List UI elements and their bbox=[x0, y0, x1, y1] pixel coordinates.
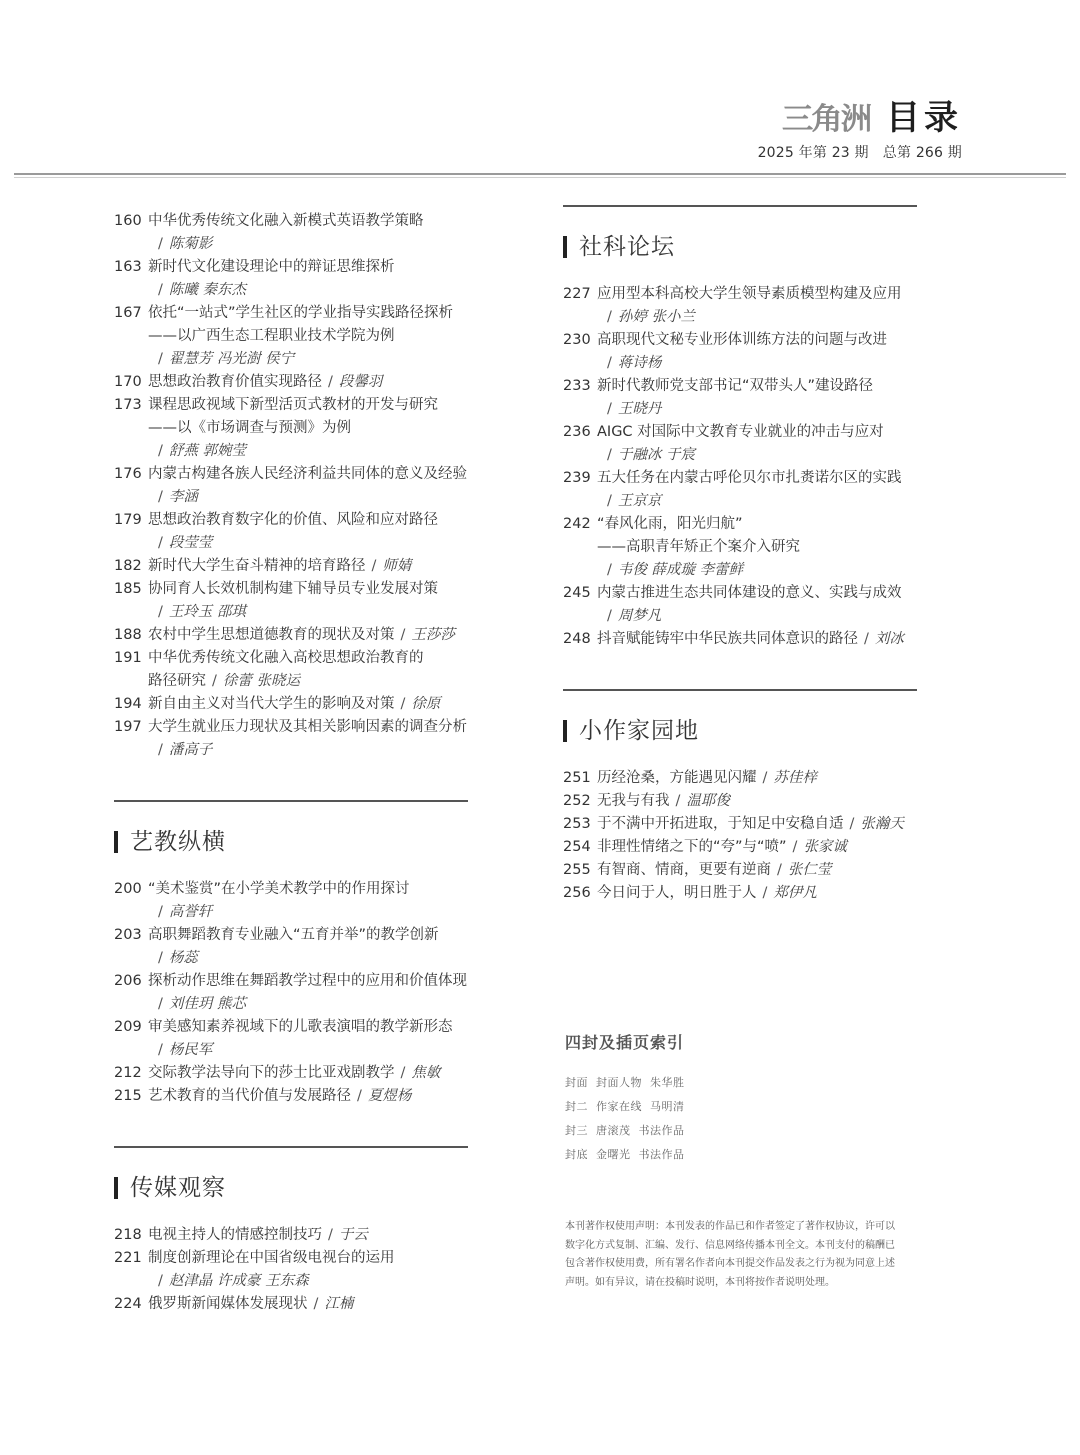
author-line: /蒋诗杨 bbox=[563, 352, 963, 375]
entry-title-line: 253于不满中开拓进取，于知足中安稳自适/张瀚天 bbox=[563, 813, 963, 836]
cover-name: 书法作品 bbox=[639, 1148, 685, 1161]
author-separator: / bbox=[328, 374, 333, 390]
article-authors: 王晓丹 bbox=[618, 401, 662, 417]
entry-title-line: 252无我与有我/温耶俊 bbox=[563, 790, 963, 813]
author-separator: / bbox=[158, 604, 163, 620]
entry-title-line: 200“美术鉴赏”在小学美术教学中的作用探讨 bbox=[114, 878, 514, 901]
author-line: /潘高子 bbox=[114, 739, 514, 762]
page-number: 215 bbox=[114, 1085, 148, 1108]
article-authors: 陈曦 秦东杰 bbox=[169, 282, 246, 298]
article-title: 俄罗斯新闻媒体发展现状 bbox=[148, 1296, 308, 1312]
article-title: 思想政治教育数字化的价值、风险和应对路径 bbox=[148, 512, 438, 528]
author-separator: / bbox=[158, 904, 163, 920]
section-divider bbox=[114, 800, 468, 802]
article-authors: 张瀚天 bbox=[860, 816, 904, 832]
article-title: 今日问于人，明日胜于人 bbox=[597, 885, 757, 901]
header-divider bbox=[14, 173, 1066, 175]
cover-description: 封面人物 bbox=[596, 1076, 642, 1089]
entry-subtitle-line: ——以广西生态工程职业技术学院为例 bbox=[114, 325, 514, 348]
page-number: 170 bbox=[114, 371, 148, 394]
article-authors: 李涵 bbox=[169, 489, 198, 505]
section-title: 社科论坛 bbox=[579, 233, 675, 261]
issue-number: 2025 年第 23 期 bbox=[758, 145, 869, 161]
toc-section: 艺教纵横200“美术鉴赏”在小学美术教学中的作用探讨/高誉轩203高职舞蹈教育专… bbox=[114, 800, 514, 1108]
article-authors: 王京京 bbox=[618, 493, 662, 509]
author-separator: / bbox=[607, 447, 612, 463]
author-separator: / bbox=[158, 1042, 163, 1058]
author-separator: / bbox=[777, 862, 782, 878]
article-authors: 高誉轩 bbox=[169, 904, 213, 920]
copyright-notice: 本刊著作权使用声明：本刊发表的作品已和作者签定了著作权协议，许可以数字化方式复制… bbox=[565, 1218, 895, 1292]
article-title: 中华优秀传统文化融入新模式英语教学策略 bbox=[148, 213, 424, 229]
page-number: 212 bbox=[114, 1062, 148, 1085]
section-divider bbox=[563, 689, 917, 691]
author-separator: / bbox=[607, 309, 612, 325]
author-line: /孙婷 张小兰 bbox=[563, 306, 963, 329]
page-number: 253 bbox=[563, 813, 597, 836]
article-authors: 韦俊 薛成璇 李蕾鲜 bbox=[618, 562, 743, 578]
toc-entry[interactable]: 227应用型本科高校大学生领导素质模型构建及应用/孙婷 张小兰 bbox=[563, 283, 963, 329]
article-authors: 徐原 bbox=[411, 696, 440, 712]
page-number: 248 bbox=[563, 628, 597, 651]
toc-entry[interactable]: 224俄罗斯新闻媒体发展现状/江楠 bbox=[114, 1293, 514, 1316]
entry-title-line: 160中华优秀传统文化融入新模式英语教学策略 bbox=[114, 210, 514, 233]
toc-entry[interactable]: 163新时代文化建设理论中的辩证思维探析/陈曦 秦东杰 bbox=[114, 256, 514, 302]
article-title: 中华优秀传统文化融入高校思想政治教育的 bbox=[148, 650, 424, 666]
article-title: 农村中学生思想道德教育的现状及对策 bbox=[148, 627, 395, 643]
article-authors: 刘佳玥 熊芯 bbox=[169, 996, 246, 1012]
entry-title-line: 239五大任务在内蒙古呼伦贝尔市扎赉诺尔区的实践 bbox=[563, 467, 963, 490]
entry-title-line: 233新时代教师党支部书记“双带头人”建设路径 bbox=[563, 375, 963, 398]
author-line: /高誉轩 bbox=[114, 901, 514, 924]
toc-entry[interactable]: 218电视主持人的情感控制技巧/于云 bbox=[114, 1224, 514, 1247]
entry-title-line: 218电视主持人的情感控制技巧/于云 bbox=[114, 1224, 514, 1247]
cover-position: 封三 bbox=[565, 1124, 588, 1137]
toc-entry[interactable]: 252无我与有我/温耶俊 bbox=[563, 790, 963, 813]
toc-entry[interactable]: 233新时代教师党支部书记“双带头人”建设路径/王晓丹 bbox=[563, 375, 963, 421]
author-line: /段莹莹 bbox=[114, 532, 514, 555]
entry-subtitle-line: 路径研究/徐蕾 张晓运 bbox=[114, 670, 514, 693]
toc-entry[interactable]: 194新自由主义对当代大学生的影响及对策/徐原 bbox=[114, 693, 514, 716]
author-line: /杨蕊 bbox=[114, 947, 514, 970]
cover-index-item: 封三唐滚茂书法作品 bbox=[565, 1119, 693, 1143]
article-authors: 翟慧芳 冯光澍 侯宁 bbox=[169, 351, 294, 367]
section-heading: 小作家园地 bbox=[563, 717, 963, 745]
toc-entry[interactable]: 215艺术教育的当代价值与发展路径/夏煜杨 bbox=[114, 1085, 514, 1108]
page-number: 188 bbox=[114, 624, 148, 647]
cover-description: 作家在线 bbox=[596, 1100, 642, 1113]
article-title: “春风化雨，阳光归航” bbox=[597, 516, 743, 532]
entry-title-line: 176内蒙古构建各族人民经济利益共同体的意义及经验 bbox=[114, 463, 514, 486]
entry-title-line: 163新时代文化建设理论中的辩证思维探析 bbox=[114, 256, 514, 279]
author-line: /于融冰 于宸 bbox=[563, 444, 963, 467]
entry-title-line: 170思想政治教育价值实现路径/段馨羽 bbox=[114, 371, 514, 394]
section-marker-icon bbox=[114, 831, 118, 853]
article-authors: 张家诚 bbox=[803, 839, 847, 855]
page-number: 167 bbox=[114, 302, 148, 325]
page-number: 176 bbox=[114, 463, 148, 486]
section-marker-icon bbox=[114, 1177, 118, 1199]
article-title: 依托“一站式”学生社区的学业指导实践路径探析 bbox=[148, 305, 453, 321]
article-title: 新时代大学生奋斗精神的培育路径 bbox=[148, 558, 366, 574]
page-number: 251 bbox=[563, 767, 597, 790]
page-number: 200 bbox=[114, 878, 148, 901]
entry-title-line: 242“春风化雨，阳光归航” bbox=[563, 513, 963, 536]
article-authors: 蒋诗杨 bbox=[618, 355, 662, 371]
author-separator: / bbox=[763, 885, 768, 901]
page-number: 230 bbox=[563, 329, 597, 352]
cover-position: 封面 bbox=[565, 1076, 588, 1089]
page-number: 197 bbox=[114, 716, 148, 739]
toc-entry[interactable]: 197大学生就业压力现状及其相关影响因素的调查分析/潘高子 bbox=[114, 716, 514, 762]
total-issue-number: 总第 266 期 bbox=[883, 145, 962, 161]
toc-entry[interactable]: 254非理性情绪之下的“夸”与“喷”/张家诚 bbox=[563, 836, 963, 859]
entry-title-line: 227应用型本科高校大学生领导素质模型构建及应用 bbox=[563, 283, 963, 306]
entry-title-line: 245内蒙古推进生态共同体建设的意义、实践与成效 bbox=[563, 582, 963, 605]
article-title: 思想政治教育价值实现路径 bbox=[148, 374, 322, 390]
article-title: 历经沧桑，方能遇见闪耀 bbox=[597, 770, 757, 786]
entry-title-line: 191中华优秀传统文化融入高校思想政治教育的 bbox=[114, 647, 514, 670]
toc-entry[interactable]: 230高职现代文秘专业形体训练方法的问题与改进/蒋诗杨 bbox=[563, 329, 963, 375]
page-number: 252 bbox=[563, 790, 597, 813]
toc-entry[interactable]: 188农村中学生思想道德教育的现状及对策/王莎莎 bbox=[114, 624, 514, 647]
cover-name: 朱华胜 bbox=[650, 1076, 685, 1089]
author-separator: / bbox=[372, 558, 377, 574]
author-line: /刘佳玥 熊芯 bbox=[114, 993, 514, 1016]
page-number: 194 bbox=[114, 693, 148, 716]
author-separator: / bbox=[401, 1065, 406, 1081]
author-separator: / bbox=[158, 236, 163, 252]
page-number: 221 bbox=[114, 1247, 148, 1270]
page-number: 185 bbox=[114, 578, 148, 601]
entry-title-line: 236AIGC 对国际中文教育专业就业的冲击与应对 bbox=[563, 421, 963, 444]
entry-title-line: 167依托“一站式”学生社区的学业指导实践路径探析 bbox=[114, 302, 514, 325]
toc-entry[interactable]: 203高职舞蹈教育专业融入“五育并举”的教学创新/杨蕊 bbox=[114, 924, 514, 970]
entry-subtitle-line: ——高职青年矫正个案介入研究 bbox=[563, 536, 963, 559]
author-separator: / bbox=[793, 839, 798, 855]
entry-title-line: 203高职舞蹈教育专业融入“五育并举”的教学创新 bbox=[114, 924, 514, 947]
page-number: 254 bbox=[563, 836, 597, 859]
article-title: ——以《市场调查与预测》为例 bbox=[148, 420, 351, 436]
entry-title-line: 173课程思政视域下新型活页式教材的开发与研究 bbox=[114, 394, 514, 417]
article-authors: 段莹莹 bbox=[169, 535, 213, 551]
toc-section: 社科论坛227应用型本科高校大学生领导素质模型构建及应用/孙婷 张小兰230高职… bbox=[563, 205, 963, 651]
entry-title-line: 209审美感知素养视域下的儿歌表演唱的教学新形态 bbox=[114, 1016, 514, 1039]
entry-title-line: 230高职现代文秘专业形体训练方法的问题与改进 bbox=[563, 329, 963, 352]
author-line: /王京京 bbox=[563, 490, 963, 513]
entry-title-line: 194新自由主义对当代大学生的影响及对策/徐原 bbox=[114, 693, 514, 716]
toc-entry[interactable]: 179思想政治教育数字化的价值、风险和应对路径/段莹莹 bbox=[114, 509, 514, 555]
article-title: 内蒙古构建各族人民经济利益共同体的意义及经验 bbox=[148, 466, 467, 482]
author-separator: / bbox=[314, 1296, 319, 1312]
article-authors: 于云 bbox=[339, 1227, 368, 1243]
author-separator: / bbox=[328, 1227, 333, 1243]
entry-title-line: 248抖音赋能铸牢中华民族共同体意识的路径/刘冰 bbox=[563, 628, 963, 651]
toc-entry[interactable]: 185协同育人长效机制构建下辅导员专业发展对策/王玲玉 邵琪 bbox=[114, 578, 514, 624]
article-authors: 苏佳梓 bbox=[773, 770, 817, 786]
article-authors: 王莎莎 bbox=[411, 627, 455, 643]
article-title: 新时代文化建设理论中的辩证思维探析 bbox=[148, 259, 395, 275]
entry-title-line: 182新时代大学生奋斗精神的培育路径/师婧 bbox=[114, 555, 514, 578]
entry-title-line: 255有智商、情商，更要有逆商/张仁莹 bbox=[563, 859, 963, 882]
article-title: 艺术教育的当代价值与发展路径 bbox=[148, 1088, 351, 1104]
article-title: 大学生就业压力现状及其相关影响因素的调查分析 bbox=[148, 719, 467, 735]
cover-name: 书法作品 bbox=[639, 1124, 685, 1137]
author-separator: / bbox=[607, 401, 612, 417]
article-authors: 夏煜杨 bbox=[368, 1088, 412, 1104]
article-authors: 温耶俊 bbox=[686, 793, 730, 809]
author-separator: / bbox=[158, 950, 163, 966]
toc-entry[interactable]: 173课程思政视域下新型活页式教材的开发与研究——以《市场调查与预测》为例/舒燕… bbox=[114, 394, 514, 463]
cover-index-item: 封面封面人物朱华胜 bbox=[565, 1071, 693, 1095]
author-separator: / bbox=[158, 351, 163, 367]
entry-title-line: 212交际教学法导向下的莎士比亚戏剧教学/焦敏 bbox=[114, 1062, 514, 1085]
author-line: /韦俊 薛成璇 李蕾鲜 bbox=[563, 559, 963, 582]
entry-title-line: 185协同育人长效机制构建下辅导员专业发展对策 bbox=[114, 578, 514, 601]
article-title: 非理性情绪之下的“夸”与“喷” bbox=[597, 839, 787, 855]
page-header: 三角洲 目录 2025 年第 23 期总第 266 期 bbox=[758, 96, 962, 162]
article-title: ——以广西生态工程职业技术学院为例 bbox=[148, 328, 395, 344]
cover-description: 唐滚茂 bbox=[596, 1124, 631, 1137]
cover-description: 金曙光 bbox=[596, 1148, 631, 1161]
section-title: 艺教纵横 bbox=[130, 828, 226, 856]
article-authors: 江楠 bbox=[324, 1296, 353, 1312]
article-title: 探析动作思维在舞蹈教学过程中的应用和价值体现 bbox=[148, 973, 467, 989]
article-authors: 郑伊凡 bbox=[773, 885, 817, 901]
page-title: 目录 bbox=[886, 96, 962, 140]
author-line: /王晓丹 bbox=[563, 398, 963, 421]
author-separator: / bbox=[850, 816, 855, 832]
article-title: 制度创新理论在中国省级电视台的运用 bbox=[148, 1250, 395, 1266]
page-number: 179 bbox=[114, 509, 148, 532]
section-divider bbox=[114, 1146, 468, 1148]
author-separator: / bbox=[676, 793, 681, 809]
toc-entry[interactable]: 176内蒙古构建各族人民经济利益共同体的意义及经验/李涵 bbox=[114, 463, 514, 509]
section-heading: 艺教纵横 bbox=[114, 828, 514, 856]
author-separator: / bbox=[212, 673, 217, 689]
page-number: 224 bbox=[114, 1293, 148, 1316]
author-separator: / bbox=[763, 770, 768, 786]
entry-title-line: 221制度创新理论在中国省级电视台的运用 bbox=[114, 1247, 514, 1270]
author-separator: / bbox=[607, 608, 612, 624]
article-title: 课程思政视域下新型活页式教材的开发与研究 bbox=[148, 397, 438, 413]
toc-entry[interactable]: 206探析动作思维在舞蹈教学过程中的应用和价值体现/刘佳玥 熊芯 bbox=[114, 970, 514, 1016]
article-authors: 焦敏 bbox=[411, 1065, 440, 1081]
article-title: 电视主持人的情感控制技巧 bbox=[148, 1227, 322, 1243]
toc-entry[interactable]: 256今日问于人，明日胜于人/郑伊凡 bbox=[563, 882, 963, 905]
page-number: 233 bbox=[563, 375, 597, 398]
page-number: 206 bbox=[114, 970, 148, 993]
article-title: 审美感知素养视域下的儿歌表演唱的教学新形态 bbox=[148, 1019, 453, 1035]
author-separator: / bbox=[158, 535, 163, 551]
author-line: /陈曦 秦东杰 bbox=[114, 279, 514, 302]
author-line: /翟慧芳 冯光澍 侯宁 bbox=[114, 348, 514, 371]
author-separator: / bbox=[158, 282, 163, 298]
article-authors: 周梦凡 bbox=[618, 608, 662, 624]
entry-title-line: 206探析动作思维在舞蹈教学过程中的应用和价值体现 bbox=[114, 970, 514, 993]
entry-title-line: 215艺术教育的当代价值与发展路径/夏煜杨 bbox=[114, 1085, 514, 1108]
article-title: “美术鉴赏”在小学美术教学中的作用探讨 bbox=[148, 881, 410, 897]
author-separator: / bbox=[158, 996, 163, 1012]
article-authors: 舒燕 郭婉莹 bbox=[169, 443, 246, 459]
article-title: AIGC 对国际中文教育专业就业的冲击与应对 bbox=[597, 424, 884, 440]
toc-entry[interactable]: 191中华优秀传统文化融入高校思想政治教育的路径研究/徐蕾 张晓运 bbox=[114, 647, 514, 693]
article-authors: 徐蕾 张晓运 bbox=[223, 673, 300, 689]
page-number: 218 bbox=[114, 1224, 148, 1247]
entry-title-line: 254非理性情绪之下的“夸”与“喷”/张家诚 bbox=[563, 836, 963, 859]
section-marker-icon bbox=[563, 720, 567, 742]
article-title: 应用型本科高校大学生领导素质模型构建及应用 bbox=[597, 286, 902, 302]
author-line: /舒燕 郭婉莹 bbox=[114, 440, 514, 463]
page-number: 245 bbox=[563, 582, 597, 605]
page-number: 255 bbox=[563, 859, 597, 882]
right-column: 社科论坛227应用型本科高校大学生领导素质模型构建及应用/孙婷 张小兰230高职… bbox=[563, 205, 963, 905]
article-authors: 杨民军 bbox=[169, 1042, 213, 1058]
article-authors: 刘冰 bbox=[875, 631, 904, 647]
author-separator: / bbox=[401, 696, 406, 712]
page-number: 227 bbox=[563, 283, 597, 306]
toc-entry[interactable]: 239五大任务在内蒙古呼伦贝尔市扎赉诺尔区的实践/王京京 bbox=[563, 467, 963, 513]
article-authors: 段馨羽 bbox=[339, 374, 383, 390]
article-authors: 潘高子 bbox=[169, 742, 213, 758]
cover-index-title: 四封及插页索引 bbox=[565, 1030, 693, 1053]
toc-entry[interactable]: 248抖音赋能铸牢中华民族共同体意识的路径/刘冰 bbox=[563, 628, 963, 651]
toc-entry[interactable]: 182新时代大学生奋斗精神的培育路径/师婧 bbox=[114, 555, 514, 578]
page-number: 236 bbox=[563, 421, 597, 444]
toc-entry[interactable]: 167依托“一站式”学生社区的学业指导实践路径探析——以广西生态工程职业技术学院… bbox=[114, 302, 514, 371]
author-separator: / bbox=[158, 443, 163, 459]
toc-entry[interactable]: 170思想政治教育价值实现路径/段馨羽 bbox=[114, 371, 514, 394]
article-title: 新自由主义对当代大学生的影响及对策 bbox=[148, 696, 395, 712]
article-authors: 师婧 bbox=[382, 558, 411, 574]
section-title: 传媒观察 bbox=[130, 1174, 226, 1202]
page-number: 239 bbox=[563, 467, 597, 490]
article-title: 无我与有我 bbox=[597, 793, 670, 809]
article-title: 于不满中开拓进取，于知足中安稳自适 bbox=[597, 816, 844, 832]
author-line: /杨民军 bbox=[114, 1039, 514, 1062]
toc-entry[interactable]: 200“美术鉴赏”在小学美术教学中的作用探讨/高誉轩 bbox=[114, 878, 514, 924]
author-separator: / bbox=[607, 493, 612, 509]
author-separator: / bbox=[607, 562, 612, 578]
toc-entry[interactable]: 221制度创新理论在中国省级电视台的运用/赵津晶 许成豪 王东森 bbox=[114, 1247, 514, 1293]
entry-subtitle-line: ——以《市场调查与预测》为例 bbox=[114, 417, 514, 440]
page-number: 160 bbox=[114, 210, 148, 233]
header-divider-secondary bbox=[14, 177, 1066, 178]
author-separator: / bbox=[864, 631, 869, 647]
section-divider bbox=[563, 205, 917, 207]
cover-position: 封二 bbox=[565, 1100, 588, 1113]
section-heading: 社科论坛 bbox=[563, 233, 963, 261]
article-authors: 于融冰 于宸 bbox=[618, 447, 695, 463]
issue-info: 2025 年第 23 期总第 266 期 bbox=[758, 142, 962, 162]
toc-entry[interactable]: 245内蒙古推进生态共同体建设的意义、实践与成效/周梦凡 bbox=[563, 582, 963, 628]
article-title: 有智商、情商，更要有逆商 bbox=[597, 862, 771, 878]
toc-entry[interactable]: 160中华优秀传统文化融入新模式英语教学策略/陈菊影 bbox=[114, 210, 514, 256]
article-title: 交际教学法导向下的莎士比亚戏剧教学 bbox=[148, 1065, 395, 1081]
article-title: 内蒙古推进生态共同体建设的意义、实践与成效 bbox=[597, 585, 902, 601]
author-line: /赵津晶 许成豪 王东森 bbox=[114, 1270, 514, 1293]
author-separator: / bbox=[158, 742, 163, 758]
toc-entry[interactable]: 251历经沧桑，方能遇见闪耀/苏佳梓 bbox=[563, 767, 963, 790]
entry-title-line: 188农村中学生思想道德教育的现状及对策/王莎莎 bbox=[114, 624, 514, 647]
author-line: /周梦凡 bbox=[563, 605, 963, 628]
author-separator: / bbox=[158, 489, 163, 505]
page-number: 163 bbox=[114, 256, 148, 279]
cover-name: 马明清 bbox=[650, 1100, 685, 1113]
author-separator: / bbox=[357, 1088, 362, 1104]
page-number: 182 bbox=[114, 555, 148, 578]
article-title: 高职舞蹈教育专业融入“五育并举”的教学创新 bbox=[148, 927, 439, 943]
cover-index-item: 封底金曙光书法作品 bbox=[565, 1143, 693, 1167]
article-title: 新时代教师党支部书记“双带头人”建设路径 bbox=[597, 378, 873, 394]
article-title: ——高职青年矫正个案介入研究 bbox=[597, 539, 800, 555]
article-title: 协同育人长效机制构建下辅导员专业发展对策 bbox=[148, 581, 438, 597]
entry-title-line: 197大学生就业压力现状及其相关影响因素的调查分析 bbox=[114, 716, 514, 739]
author-line: /陈菊影 bbox=[114, 233, 514, 256]
page-number: 173 bbox=[114, 394, 148, 417]
page-number: 242 bbox=[563, 513, 597, 536]
toc-entry[interactable]: 242“春风化雨，阳光归航”——高职青年矫正个案介入研究/韦俊 薛成璇 李蕾鲜 bbox=[563, 513, 963, 582]
magazine-logo: 三角洲 bbox=[782, 100, 870, 140]
author-separator: / bbox=[401, 627, 406, 643]
article-title: 五大任务在内蒙古呼伦贝尔市扎赉诺尔区的实践 bbox=[597, 470, 902, 486]
article-authors: 赵津晶 许成豪 王东森 bbox=[169, 1273, 309, 1289]
toc-entry[interactable]: 253于不满中开拓进取，于知足中安稳自适/张瀚天 bbox=[563, 813, 963, 836]
toc-entry[interactable]: 255有智商、情商，更要有逆商/张仁莹 bbox=[563, 859, 963, 882]
toc-entry[interactable]: 212交际教学法导向下的莎士比亚戏剧教学/焦敏 bbox=[114, 1062, 514, 1085]
cover-index: 四封及插页索引 封面封面人物朱华胜封二作家在线马明清封三唐滚茂书法作品封底金曙光… bbox=[565, 1030, 693, 1167]
article-authors: 杨蕊 bbox=[169, 950, 198, 966]
entry-title-line: 251历经沧桑，方能遇见闪耀/苏佳梓 bbox=[563, 767, 963, 790]
entry-title-line: 256今日问于人，明日胜于人/郑伊凡 bbox=[563, 882, 963, 905]
entry-title-line: 179思想政治教育数字化的价值、风险和应对路径 bbox=[114, 509, 514, 532]
section-title: 小作家园地 bbox=[579, 717, 699, 745]
author-separator: / bbox=[158, 1273, 163, 1289]
cover-position: 封底 bbox=[565, 1148, 588, 1161]
section-marker-icon bbox=[563, 236, 567, 258]
article-authors: 陈菊影 bbox=[169, 236, 213, 252]
article-title: 路径研究 bbox=[148, 673, 206, 689]
page-number: 203 bbox=[114, 924, 148, 947]
article-authors: 王玲玉 邵琪 bbox=[169, 604, 246, 620]
article-authors: 孙婷 张小兰 bbox=[618, 309, 695, 325]
cover-index-item: 封二作家在线马明清 bbox=[565, 1095, 693, 1119]
article-title: 抖音赋能铸牢中华民族共同体意识的路径 bbox=[597, 631, 858, 647]
page-number: 191 bbox=[114, 647, 148, 670]
toc-entry[interactable]: 236AIGC 对国际中文教育专业就业的冲击与应对/于融冰 于宸 bbox=[563, 421, 963, 467]
author-separator: / bbox=[607, 355, 612, 371]
toc-entry[interactable]: 209审美感知素养视域下的儿歌表演唱的教学新形态/杨民军 bbox=[114, 1016, 514, 1062]
toc-section: 传媒观察218电视主持人的情感控制技巧/于云221制度创新理论在中国省级电视台的… bbox=[114, 1146, 514, 1316]
article-authors: 张仁莹 bbox=[788, 862, 832, 878]
page-number: 209 bbox=[114, 1016, 148, 1039]
article-title: 高职现代文秘专业形体训练方法的问题与改进 bbox=[597, 332, 887, 348]
entry-title-line: 224俄罗斯新闻媒体发展现状/江楠 bbox=[114, 1293, 514, 1316]
author-line: /王玲玉 邵琪 bbox=[114, 601, 514, 624]
toc-section: 小作家园地251历经沧桑，方能遇见闪耀/苏佳梓252无我与有我/温耶俊253于不… bbox=[563, 689, 963, 905]
page-number: 256 bbox=[563, 882, 597, 905]
section-heading: 传媒观察 bbox=[114, 1174, 514, 1202]
left-column: 160中华优秀传统文化融入新模式英语教学策略/陈菊影163新时代文化建设理论中的… bbox=[114, 210, 514, 1316]
author-line: /李涵 bbox=[114, 486, 514, 509]
